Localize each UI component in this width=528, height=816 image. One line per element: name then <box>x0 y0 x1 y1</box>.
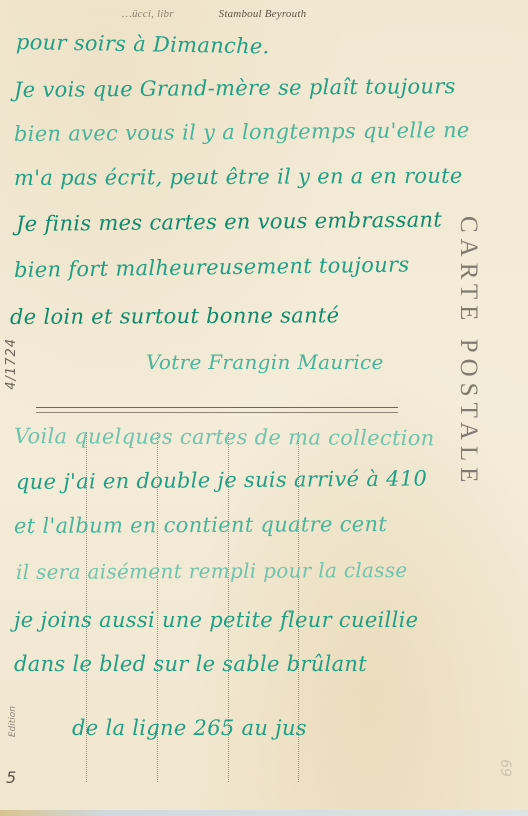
handwriting-line-13: je joins aussi une petite fleur cueillie <box>14 608 418 632</box>
scan-edge <box>0 810 528 816</box>
pencil-corner-mark: 69 <box>497 759 513 777</box>
handwriting-line-9: Voila quelques cartes de ma collection <box>14 424 435 450</box>
handwriting-line-10: que j'ai en double je suis arrivé à 410 <box>16 466 427 494</box>
pencil-edition-note: Edition <box>8 706 18 737</box>
pencil-catalog-number: 4/1724 <box>4 338 19 390</box>
handwriting-line-3: bien avec vous il y a longtemps qu'elle … <box>14 118 470 146</box>
handwriting-line-2: Je vois que Grand-mère se plaît toujours <box>14 74 456 102</box>
carte-postale-title: CARTE POSTALE <box>452 216 482 556</box>
handwriting-line-1: pour soirs à Dimanche. <box>16 30 270 58</box>
publisher-location: Stamboul Beyrouth <box>219 8 307 20</box>
pencil-number: 5 <box>6 768 16 787</box>
postcard-back: …ücci, libr Stamboul Beyrouth CARTE POST… <box>0 0 528 816</box>
handwriting-line-11: et l'album en contient quatre cent <box>14 512 387 538</box>
publisher-name: …ücci, libr <box>122 8 174 20</box>
handwriting-line-7: de loin et surtout bonne santé <box>10 303 339 329</box>
signature-line: Votre Frangin Maurice <box>146 350 384 374</box>
handwriting-line-15: de la ligne 265 au jus <box>72 716 307 740</box>
handwriting-line-6: bien fort malheureusement toujours <box>14 252 410 282</box>
handwriting-line-14: dans le bled sur le sable brûlant <box>14 652 367 676</box>
handwriting-line-12: il sera aisément rempli pour la classe <box>16 558 408 584</box>
handwriting-line-4: m'a pas écrit, peut être il y en a en ro… <box>14 164 463 190</box>
handwriting-line-5: Je finis mes cartes en vous embrassant <box>16 208 442 236</box>
publisher-imprint: …ücci, libr Stamboul Beyrouth <box>122 8 348 20</box>
correspondence-divider <box>36 407 398 413</box>
